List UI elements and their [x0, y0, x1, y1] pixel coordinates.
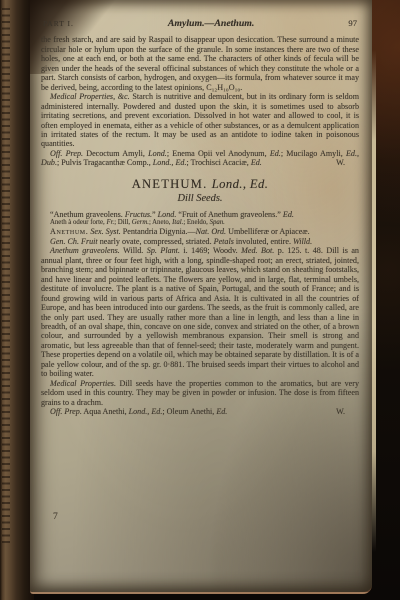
text-segment: Nat. Ord. — [196, 227, 227, 236]
text-segment: Ed. — [216, 407, 227, 416]
text-segment: Aneth à odeur forte, — [50, 219, 106, 226]
text-segment: Lond. — [148, 149, 167, 158]
book-page: PART I. Amylum.—Anethum. 97 the fresh st… — [30, 0, 372, 594]
para-botanical-classification: Anethum. Sex. Syst. Pentandria Digynia.—… — [41, 227, 359, 236]
text-segment: Ital. — [172, 219, 183, 226]
text-segment: Med. Bot. — [241, 246, 274, 255]
para-starch-continuation: the fresh starch, and are said by Raspai… — [41, 35, 359, 92]
text-segment: “Anethum graveolens. — [50, 210, 125, 219]
text-segment: Medical Properties, &c. — [50, 92, 130, 101]
text-segment: Medical Properties. — [50, 379, 116, 388]
text-segment: Fructus. — [125, 210, 152, 219]
para-off-prep-anethum: Off. Prep. Aqua Anethi, Lond., Ed.; Oleu… — [41, 407, 359, 416]
text-segment: Fruit — [81, 237, 98, 246]
text-segment: Umbelliferæ or Apiaceæ. — [226, 227, 310, 236]
page-stack-edge — [372, 50, 376, 552]
text-segment: Lond., Ed. — [153, 158, 187, 167]
text-segment: Aqua Anethi, — [82, 407, 129, 416]
text-segment: Germ. — [132, 219, 149, 226]
subheading-dill-seeds: Dill Seeds. — [41, 193, 359, 205]
text-segment: ; Dill, — [114, 219, 132, 226]
text-segment: p. 125. t. 48. Dill is an annual plant, … — [41, 246, 359, 378]
book-photo: PART I. Amylum.—Anethum. 97 the fresh st… — [0, 0, 400, 600]
text-segment: Pentandria Digynia.— — [121, 227, 196, 236]
page-content: PART I. Amylum.—Anethum. 97 the fresh st… — [41, 19, 359, 417]
part-label: PART I. — [43, 19, 74, 28]
text-segment: Willd. — [293, 237, 312, 246]
running-header: PART I. Amylum.—Anethum. 97 — [43, 19, 357, 28]
para-foreign-names: Aneth à odeur forte, Fr.; Dill, Germ.; A… — [41, 219, 359, 227]
text-segment: Decoctum Amyli, — [83, 149, 148, 158]
para-generic-character: Gen. Ch. Fruit nearly ovate, compressed,… — [41, 237, 359, 246]
author-initial: W. — [327, 407, 345, 416]
running-title: Amylum.—Anethum. — [168, 19, 255, 28]
text-segment: ; Trochisci Acaciæ, — [187, 158, 251, 167]
adjacent-page-edge — [0, 0, 34, 600]
text-segment: Ed. — [283, 210, 294, 219]
adjacent-page-text-sliver — [2, 8, 10, 543]
text-segment: involuted, entire. — [234, 237, 293, 246]
text-segment: Anethum. — [50, 227, 88, 236]
text-segment: ; Pulvis Tragacanthæ Comp., — [57, 158, 153, 167]
text-segment: Anethum graveolens. — [50, 246, 120, 255]
text-segment: Lond., Ed. — [129, 407, 163, 416]
text-segment: Lond. — [158, 210, 177, 219]
text-segment: ; Aneto, — [149, 219, 172, 226]
text-segment: ANETHUM. — [132, 177, 212, 191]
heading-anethum: ANETHUM. Lond., Ed. — [41, 177, 359, 191]
text-segment: ; Oleum Anethi, — [162, 407, 216, 416]
para-off-prep-amylum: Off. Prep. Decoctum Amyli, Lond.; Enema … — [41, 149, 359, 168]
para-anethum-graveolens-description: Anethum graveolens. Willd. Sp. Plant. i.… — [41, 246, 359, 378]
text-segment: Petals — [214, 237, 234, 246]
text-segment: Lond., Ed. — [212, 177, 268, 191]
text-segment: “Fruit of Anethum graveolens.” — [176, 210, 283, 219]
para-medical-properties-dill: Medical Properties. Dill seeds have the … — [41, 379, 359, 407]
text-segment: Ed. — [270, 149, 281, 158]
text-segment: Sp. Plant. — [147, 246, 180, 255]
text-segment: ; Eneldo, — [183, 219, 209, 226]
text-segment: nearly ovate, compressed, striated. — [98, 237, 214, 246]
text-segment: ; Enema Opii vel Anodynum, — [167, 149, 270, 158]
page-body: the fresh starch, and are said by Raspai… — [41, 35, 359, 416]
text-segment: ; Mucilago Amyli, — [281, 149, 346, 158]
text-segment: the fresh starch, and are said by Raspai… — [41, 35, 359, 91]
text-segment: Ed. — [251, 158, 262, 167]
text-segment: Willd. — [120, 246, 147, 255]
signature-mark: 7 — [53, 511, 58, 522]
text-segment: Gen. Ch. — [50, 237, 79, 246]
page-number: 97 — [348, 19, 357, 28]
text-segment: i. 1469; Woodv. — [180, 246, 241, 255]
text-segment: Dill Seeds. — [177, 193, 222, 204]
para-official-definition: “Anethum graveolens. Fructus.” Lond. “Fr… — [41, 210, 359, 219]
text-segment: Span. — [210, 219, 225, 226]
author-initial: W. — [327, 158, 345, 167]
text-segment: Off. Prep. — [50, 407, 82, 416]
text-segment: Off. Prep. — [50, 149, 83, 158]
para-medical-properties-starch: Medical Properties, &c. Starch is nutrit… — [41, 92, 359, 149]
text-segment: Sex. Syst. — [90, 227, 120, 236]
